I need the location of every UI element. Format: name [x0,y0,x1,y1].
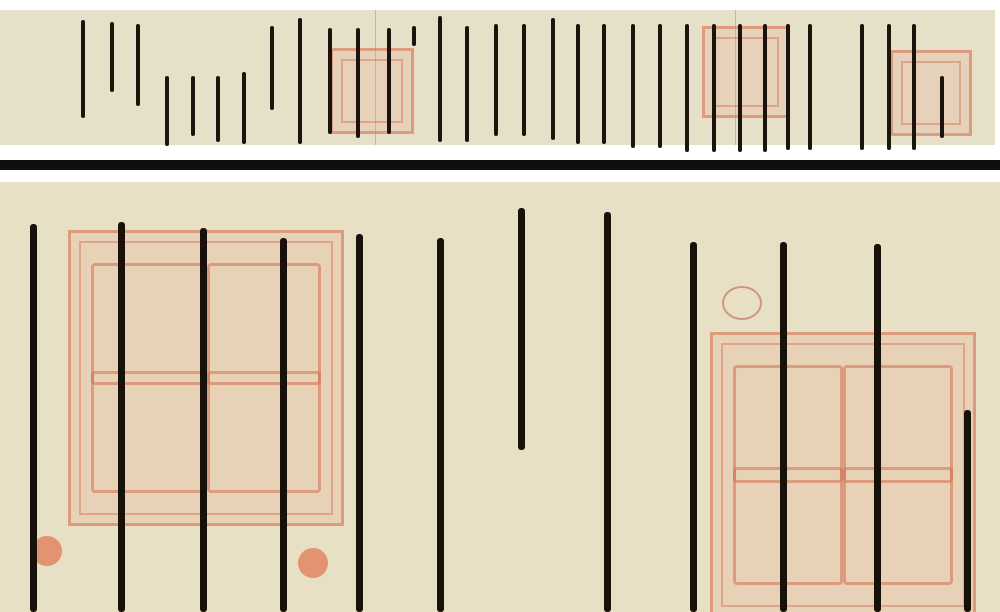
text-column [298,18,302,144]
red-dot [298,548,328,578]
mongolian-text-column [518,208,525,450]
detail-paper [0,182,1000,612]
red-seal-large [710,332,976,612]
mongolian-text-column [874,244,881,612]
text-column [465,26,469,142]
scroll-paper [0,10,995,145]
text-column [356,28,360,138]
mongolian-text-column [280,238,287,612]
small-round-stamp [722,286,762,320]
scroll-overview-panel [0,0,1000,155]
text-column [887,24,891,150]
text-column [438,16,442,142]
text-column [412,26,416,46]
scroll-detail-panel [0,170,1000,612]
mongolian-text-column [356,234,363,612]
text-column [712,24,716,152]
text-column [551,18,555,140]
text-column [786,24,790,150]
text-column [860,24,864,150]
seal-glyph [91,263,205,385]
mongolian-text-column [604,212,611,612]
text-column [522,24,526,136]
text-column [136,24,140,106]
text-column [631,24,635,148]
text-column [216,76,220,142]
text-column [602,24,606,144]
text-column [242,72,246,144]
text-column [110,22,114,92]
mongolian-text-column [118,222,125,612]
text-column [808,24,812,150]
text-column [81,20,85,118]
text-column [940,76,944,138]
text-column [912,24,916,150]
text-column [328,28,332,134]
seal-glyph [207,371,321,493]
text-column [763,24,767,152]
text-column [738,24,742,152]
text-column [270,26,274,110]
text-column [165,76,169,146]
mongolian-text-column [690,242,697,612]
text-column [191,76,195,136]
red-seal [330,48,414,134]
panel-divider [0,160,1000,170]
seal-glyph [207,263,321,385]
mongolian-text-column [30,224,37,612]
seal-glyph [91,371,205,493]
text-column [494,24,498,136]
red-seal [890,50,972,136]
seal-glyph [733,365,843,483]
text-column [685,24,689,152]
mongolian-text-column [780,242,787,612]
seal-glyph [843,467,953,585]
seal-glyph [843,365,953,483]
mongolian-text-column [437,238,444,612]
text-column [576,24,580,144]
text-column [387,28,391,134]
mongolian-text-column [200,228,207,612]
mongolian-text-column [964,410,971,612]
text-column [658,24,662,148]
seal-glyph [733,467,843,585]
